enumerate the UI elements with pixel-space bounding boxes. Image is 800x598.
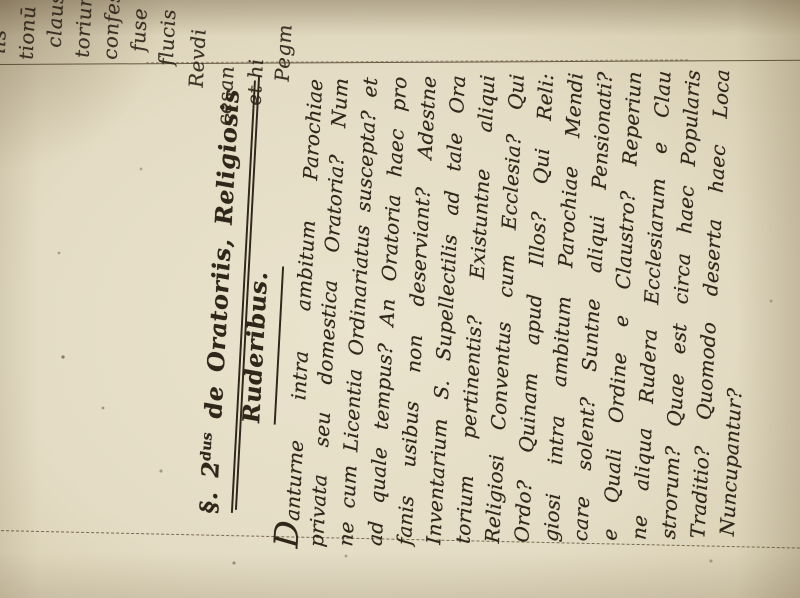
header-fragment: fuse xyxy=(126,8,152,52)
header-fragment: torium xyxy=(70,0,97,58)
section-title-text: de Oratoriis, Religiosis xyxy=(199,89,245,419)
header-fragment: flucis xyxy=(154,9,180,66)
ruled-line-top xyxy=(0,60,800,65)
manuscript-photo: lis tionū claus torium confes fuse fluci… xyxy=(0,0,800,598)
header-fragment: tionū xyxy=(14,6,40,60)
section-ordinal-suffix: dus xyxy=(198,432,216,461)
section-title: §. 2dus de Oratoriis, Religiosis Ruderib… xyxy=(182,45,293,514)
paper-specks xyxy=(0,0,2,2)
section-number: 2 xyxy=(196,460,225,478)
section-title-line1: §. 2dus de Oratoriis, Religiosis xyxy=(182,46,250,514)
manuscript-body: Danturne intra ambitum Parochiae privata… xyxy=(272,68,766,548)
header-fragment: claus xyxy=(42,0,68,48)
header-fragment: confes xyxy=(98,0,125,60)
section-mark: §. xyxy=(194,491,224,513)
header-fragment: lis xyxy=(0,29,11,54)
